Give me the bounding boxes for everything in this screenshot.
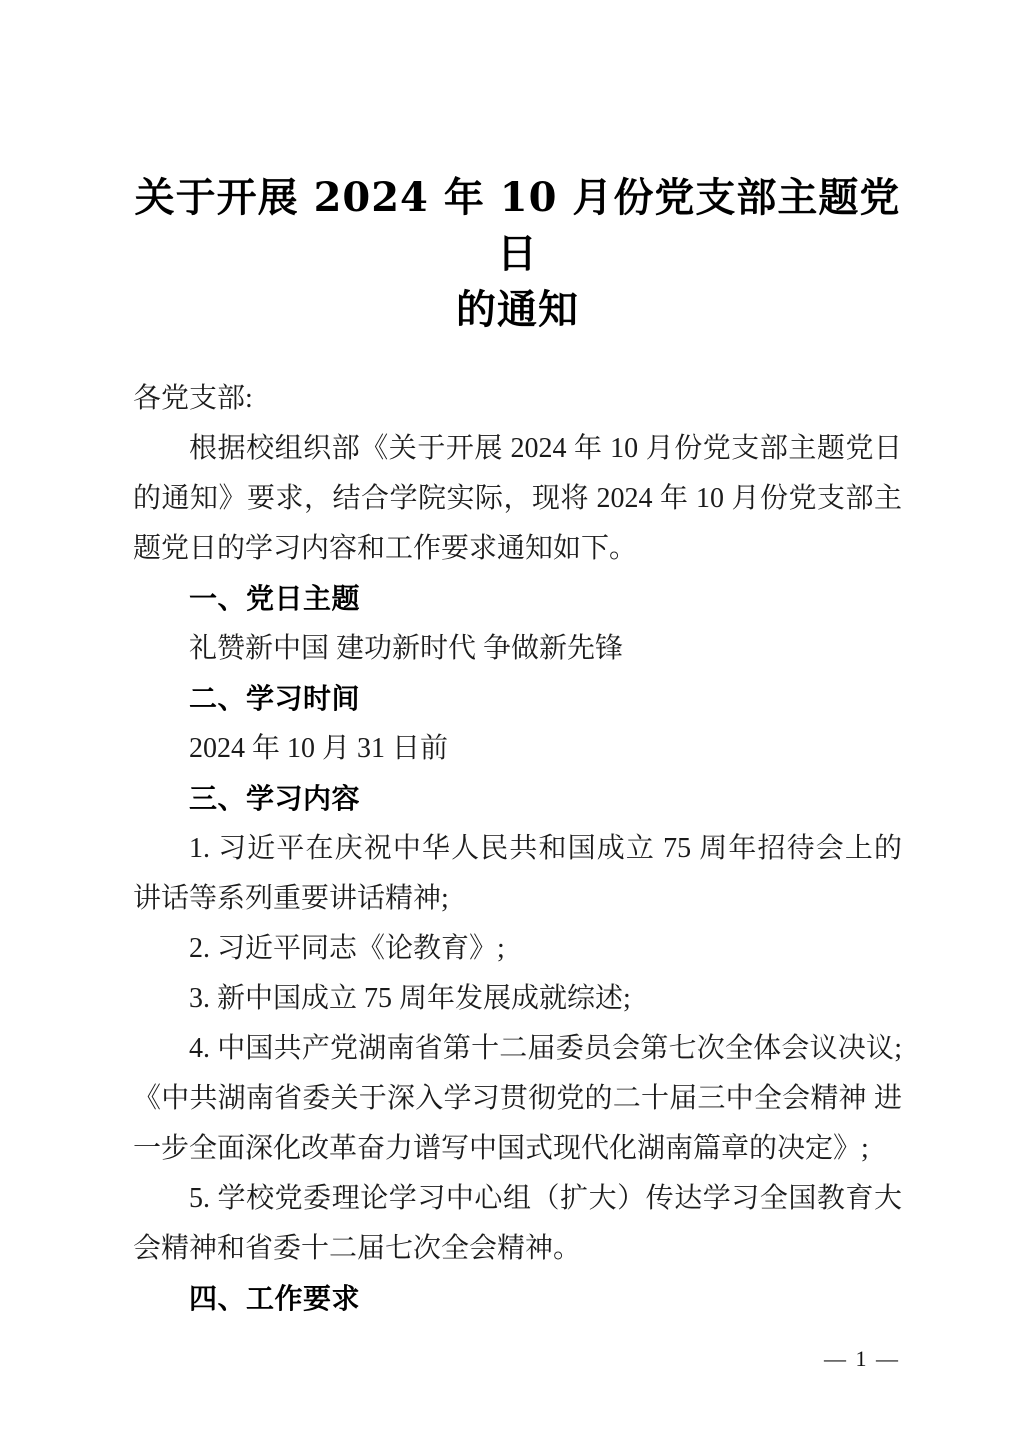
document-body: 各党支部: 根据校组织部《关于开展 2024 年 10 月份党支部主题党日的通知… — [133, 374, 902, 1324]
section-heading-study-content: 三、学习内容 — [133, 774, 902, 824]
document-title-line-1: 关于开展 2024 年 10 月份党支部主题党日 — [133, 170, 902, 282]
document-title-line-2: 的通知 — [133, 282, 902, 338]
study-content-item-4: 4. 中国共产党湖南省第十二届委员会第七次全体会议决议;《中共湖南省委关于深入学… — [133, 1024, 902, 1174]
salutation: 各党支部: — [133, 374, 902, 424]
document-page: 关于开展 2024 年 10 月份党支部主题党日 的通知 各党支部: 根据校组织… — [0, 0, 1024, 1448]
party-day-theme-text: 礼赞新中国 建功新时代 争做新先锋 — [133, 624, 902, 674]
study-content-item-2: 2. 习近平同志《论教育》; — [133, 924, 902, 974]
study-content-item-1: 1. 习近平在庆祝中华人民共和国成立 75 周年招待会上的讲话等系列重要讲话精神… — [133, 824, 902, 924]
page-number: — 1 — — [824, 1346, 900, 1372]
study-time-text: 2024 年 10 月 31 日前 — [133, 724, 902, 774]
study-content-item-3: 3. 新中国成立 75 周年发展成就综述; — [133, 974, 902, 1024]
document-title: 关于开展 2024 年 10 月份党支部主题党日 的通知 — [133, 170, 902, 338]
section-heading-study-time: 二、学习时间 — [133, 674, 902, 724]
section-heading-work-requirements: 四、工作要求 — [133, 1274, 902, 1324]
intro-paragraph: 根据校组织部《关于开展 2024 年 10 月份党支部主题党日的通知》要求，结合… — [133, 424, 902, 574]
study-content-item-5: 5. 学校党委理论学习中心组（扩大）传达学习全国教育大会精神和省委十二届七次全会… — [133, 1174, 902, 1274]
section-heading-party-day-theme: 一、党日主题 — [133, 574, 902, 624]
